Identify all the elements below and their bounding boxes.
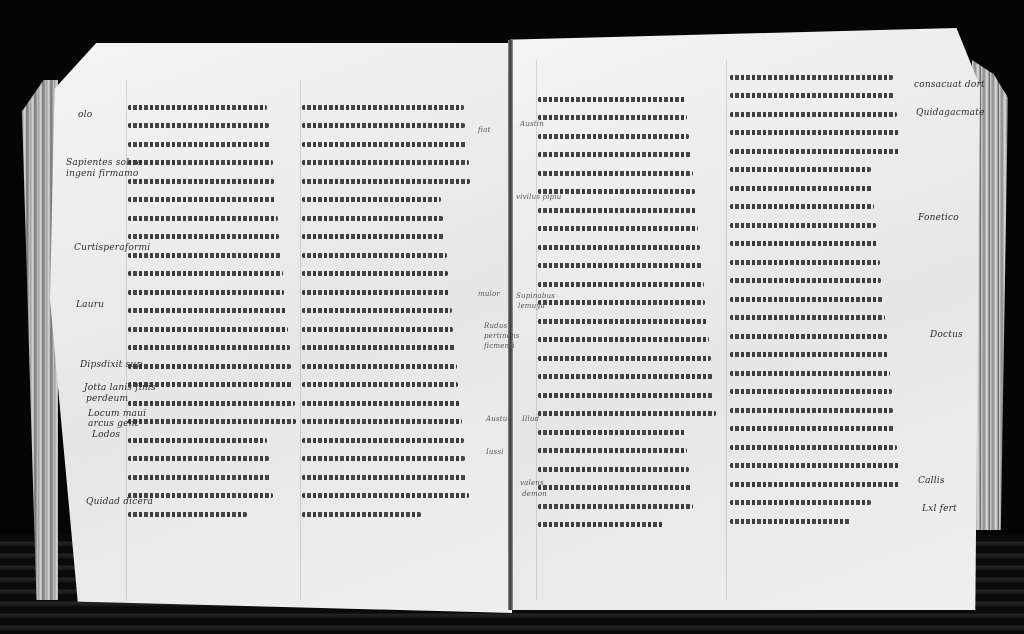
script-line <box>302 154 472 173</box>
script-line <box>730 68 902 87</box>
script-line <box>302 505 472 524</box>
left-margin-gloss: Dipsdixit sup <box>80 360 142 370</box>
script-line <box>538 405 718 424</box>
left-margin-gloss: Sapientes sobre <box>66 158 142 168</box>
script-line <box>302 265 472 284</box>
right-page-column-1 <box>538 90 718 534</box>
right-inner-margin-gloss: demon <box>522 490 547 498</box>
script-line <box>730 272 902 291</box>
ruling-line <box>536 60 537 600</box>
left-page-column-1 <box>128 98 298 524</box>
left-margin-gloss: Locum maui <box>88 409 146 419</box>
script-line <box>128 357 298 376</box>
script-line <box>128 320 298 339</box>
script-line <box>730 87 902 106</box>
left-inner-margin-gloss: ficmenti <box>484 342 515 350</box>
left-inner-margin-gloss: Iussi <box>486 448 504 456</box>
open-manuscript: oloSapientes sobreingeni firmamoCurtispe… <box>0 0 1024 634</box>
script-line <box>538 127 718 146</box>
script-line <box>302 209 472 228</box>
script-line <box>302 302 472 321</box>
left-margin-gloss: Curtisperaformi <box>74 243 150 253</box>
script-line <box>730 253 902 272</box>
left-page-column-2 <box>302 98 472 524</box>
left-margin-gloss: arcus gent <box>88 419 139 429</box>
script-line <box>538 442 718 461</box>
script-line <box>302 135 472 154</box>
script-line <box>538 368 718 387</box>
script-line <box>302 339 472 358</box>
script-line <box>128 468 298 487</box>
script-line <box>302 376 472 395</box>
script-line <box>302 413 472 432</box>
left-inner-margin-gloss: pertinens <box>484 332 520 340</box>
script-line <box>538 275 718 294</box>
script-line <box>302 320 472 339</box>
left-margin-gloss: Jotta lanis finis <box>84 383 156 393</box>
script-line <box>730 401 902 420</box>
script-line <box>538 201 718 220</box>
right-outer-margin-gloss: Fonetico <box>918 213 959 223</box>
ruling-line <box>726 60 727 600</box>
script-line <box>730 198 902 217</box>
script-line <box>730 142 902 161</box>
left-margin-gloss: perdeum <box>86 394 128 404</box>
script-line <box>538 294 718 313</box>
left-margin-gloss: Lodos <box>92 430 120 440</box>
script-line <box>128 450 298 469</box>
script-line <box>538 312 718 331</box>
script-line <box>128 154 298 173</box>
script-line <box>730 383 902 402</box>
right-inner-margin-gloss: Illud <box>522 415 539 423</box>
script-line <box>302 487 472 506</box>
right-outer-margin-gloss: Doctus <box>930 330 963 340</box>
script-line <box>538 423 718 442</box>
right-outer-margin-gloss: Quidagacmate <box>916 108 985 118</box>
script-line <box>128 117 298 136</box>
script-line <box>538 146 718 165</box>
left-inner-margin-gloss: fiat <box>478 126 491 134</box>
script-line <box>538 516 718 535</box>
left-margin-gloss: ingeni firmamo <box>66 169 138 179</box>
script-line <box>302 191 472 210</box>
script-line <box>730 327 902 346</box>
script-line <box>302 394 472 413</box>
script-line <box>128 98 298 117</box>
script-line <box>730 309 902 328</box>
right-outer-margin-gloss: Lxl fert <box>922 504 957 514</box>
script-line <box>730 420 902 439</box>
script-line <box>128 302 298 321</box>
script-line <box>730 235 902 254</box>
script-line <box>730 364 902 383</box>
script-line <box>538 90 718 109</box>
script-line <box>538 220 718 239</box>
script-line <box>302 450 472 469</box>
script-line <box>128 209 298 228</box>
script-line <box>128 505 298 524</box>
script-line <box>128 191 298 210</box>
right-page-column-2 <box>730 68 902 531</box>
script-line <box>730 124 902 143</box>
script-line <box>730 512 902 531</box>
script-line <box>302 357 472 376</box>
script-line <box>730 290 902 309</box>
script-line <box>302 468 472 487</box>
left-margin-gloss: olo <box>78 110 92 120</box>
script-line <box>302 117 472 136</box>
script-line <box>538 109 718 128</box>
script-line <box>538 460 718 479</box>
script-line <box>730 161 902 180</box>
script-line <box>730 438 902 457</box>
script-line <box>538 164 718 183</box>
right-inner-margin-gloss: Supinabus <box>516 292 555 300</box>
script-line <box>128 172 298 191</box>
left-page-edges <box>22 80 58 600</box>
left-inner-margin-gloss: Austur <box>486 415 511 423</box>
script-line <box>128 394 298 413</box>
script-line <box>128 339 298 358</box>
right-outer-margin-gloss: consacuat dort <box>914 80 985 90</box>
script-line <box>730 346 902 365</box>
right-inner-margin-gloss: valens <box>520 479 544 487</box>
script-line <box>538 386 718 405</box>
left-margin-gloss: Quidad dicera <box>86 497 153 507</box>
script-line <box>538 257 718 276</box>
script-line <box>302 431 472 450</box>
script-line <box>730 475 902 494</box>
script-line <box>538 183 718 202</box>
script-line <box>730 457 902 476</box>
right-inner-margin-gloss: lemuya <box>518 302 545 310</box>
script-line <box>538 497 718 516</box>
left-inner-margin-gloss: Rudus <box>484 322 507 330</box>
right-outer-margin-gloss: Callis <box>918 476 945 486</box>
script-line <box>128 413 298 432</box>
script-line <box>730 105 902 124</box>
script-line <box>302 246 472 265</box>
script-line <box>538 331 718 350</box>
script-line <box>128 283 298 302</box>
script-line <box>128 487 298 506</box>
script-line <box>730 216 902 235</box>
script-line <box>302 98 472 117</box>
right-inner-margin-gloss: vivilus pipiu <box>516 193 562 201</box>
script-line <box>128 431 298 450</box>
script-line <box>302 283 472 302</box>
script-line <box>730 494 902 513</box>
script-line <box>538 479 718 498</box>
script-line <box>538 238 718 257</box>
script-line <box>128 246 298 265</box>
script-line <box>730 179 902 198</box>
left-inner-margin-gloss: mulor <box>478 290 500 298</box>
script-line <box>128 265 298 284</box>
script-line <box>538 349 718 368</box>
script-line <box>302 228 472 247</box>
script-line <box>128 228 298 247</box>
left-margin-gloss: Lauru <box>76 300 104 310</box>
script-line <box>302 172 472 191</box>
script-line <box>128 135 298 154</box>
book-gutter <box>508 40 513 610</box>
ruling-line <box>300 80 301 600</box>
right-inner-margin-gloss: Austin <box>520 120 544 128</box>
